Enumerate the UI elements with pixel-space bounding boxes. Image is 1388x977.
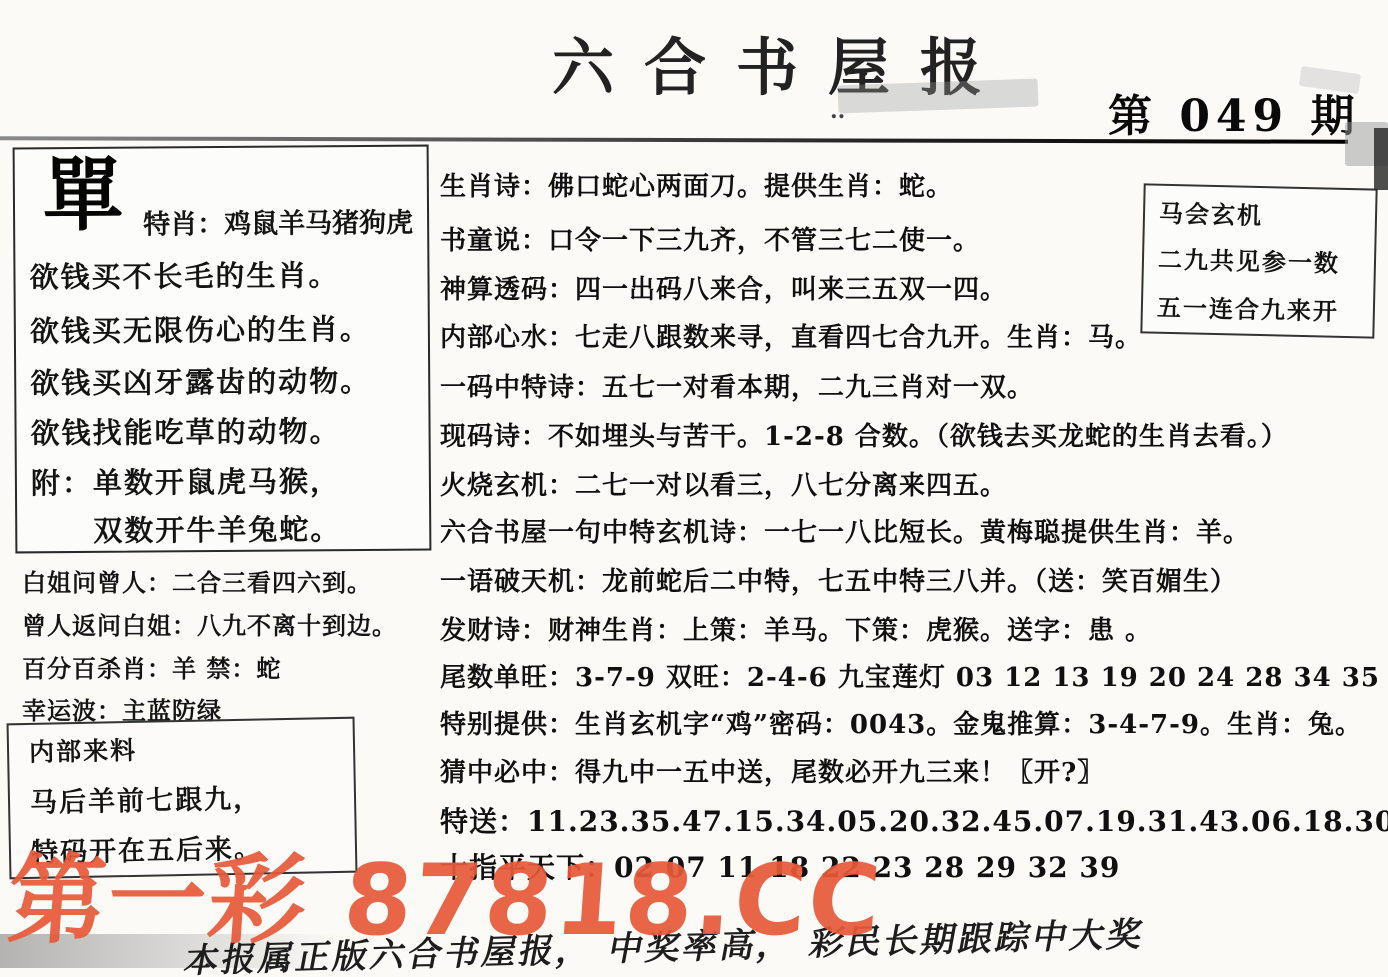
mahui-line: 马会玄机 (1159, 194, 1264, 231)
tip-line-weishudanwang: 尾数单旺：3-7-9 双旺：2-4-6 九宝莲灯 03 12 13 19 20 … (440, 657, 1388, 694)
tip-line-caizhongbizhong: 猜中必中：得九中一五中送，尾数必开九三来！〖开?〗 (440, 752, 1104, 789)
scan-edge-mark (1374, 128, 1388, 190)
watermark-site-text: 第一彩 87818.CC (5, 852, 886, 950)
tip-line-shengxiaoshi: 生肖诗：佛口蛇心两面刀。提供生肖：蛇。 (440, 166, 953, 203)
tip-line-shensuantouma: 神算透码：四一出码八来合，叫来三五双一四。 (440, 269, 1007, 306)
mahui-line: 五一连合九来开 (1157, 288, 1340, 327)
tip-line-tesong-numbers: 特送：11.23.35.47.15.34.05.20.32.45.07.19.3… (440, 800, 1388, 840)
shaxiao-line: 百分百杀肖：羊 禁：蛇 (22, 649, 281, 684)
left-box-line: 附：单数开鼠虎马猴， (31, 459, 341, 502)
issue-number: 第 049 期 (1108, 80, 1360, 144)
tip-line-xianmashi: 现码诗：不如埋头与苦干。1-2-8 合数。（欲钱去买龙蛇的生肖去看。） (440, 416, 1288, 453)
left-box-line: 欲钱找能吃草的动物。 (30, 409, 340, 452)
scan-smudge (838, 79, 1039, 114)
tip-line-facaishi: 发财诗：财神生肖：上策：羊马。下策：虎猴。送字：患 。 (440, 610, 1152, 647)
texiao-line: 特肖：鸡鼠羊马猪狗虎 (143, 201, 413, 242)
baijie-line: 白姐问曾人：二合三看四六到。 (22, 563, 372, 598)
left-box-line: 欲钱买凶牙露齿的动物。 (30, 359, 371, 402)
mahui-line: 二九共见参一数 (1158, 240, 1341, 279)
tip-line-tebietigong: 特别提供：生肖玄机字“鸡”密码：0043。金鬼推算：3-4-7-9。生肖：兔。 (440, 704, 1362, 741)
special-zodiac-box: 單 特肖：鸡鼠羊马猪狗虎 欲钱买不长毛的生肖。 欲钱买无限伤心的生肖。 欲钱买凶… (13, 145, 432, 554)
cengren-line: 曾人返问白姐：八九不离十到边。 (22, 606, 397, 641)
tip-line-neibuxinshui: 内部心水：七走八跟数来寻，直看四七合九开。生肖：马。 (440, 317, 1142, 354)
inner-box-line: 马后羊前七跟九， (30, 776, 263, 819)
big-dan-character: 單 (43, 155, 124, 236)
tip-line-yijuzhongte: 六合书屋一句中特玄机诗：一七一八比短长。黄梅聪提供生肖：羊。 (440, 512, 1250, 549)
tip-line-huoshaoxuanji: 火烧玄机：二七一对以看三，八七分离来四五。 (440, 465, 1007, 502)
left-box-line: 欲钱买无限伤心的生肖。 (30, 307, 371, 350)
tip-line-yimazhongteshi: 一码中特诗：五七一对看本期，二九三肖对一双。 (440, 367, 1034, 404)
left-box-line: 双数开牛羊兔蛇。 (93, 507, 341, 550)
mahui-xuanji-box: 马会玄机 二九共见参一数 五一连合九来开 (1140, 183, 1377, 338)
tip-line-shutongshuo: 书童说：口令一下三九齐，不管三七二使一。 (440, 220, 980, 257)
inner-box-line: 内部来料 (29, 731, 138, 769)
tip-line-yiyupotianji: 一语破天机：龙前蛇后二中特，七五中特三八并。（送：笑百媚生） (440, 561, 1237, 598)
left-box-line: 欲钱买不长毛的生肖。 (29, 253, 339, 296)
